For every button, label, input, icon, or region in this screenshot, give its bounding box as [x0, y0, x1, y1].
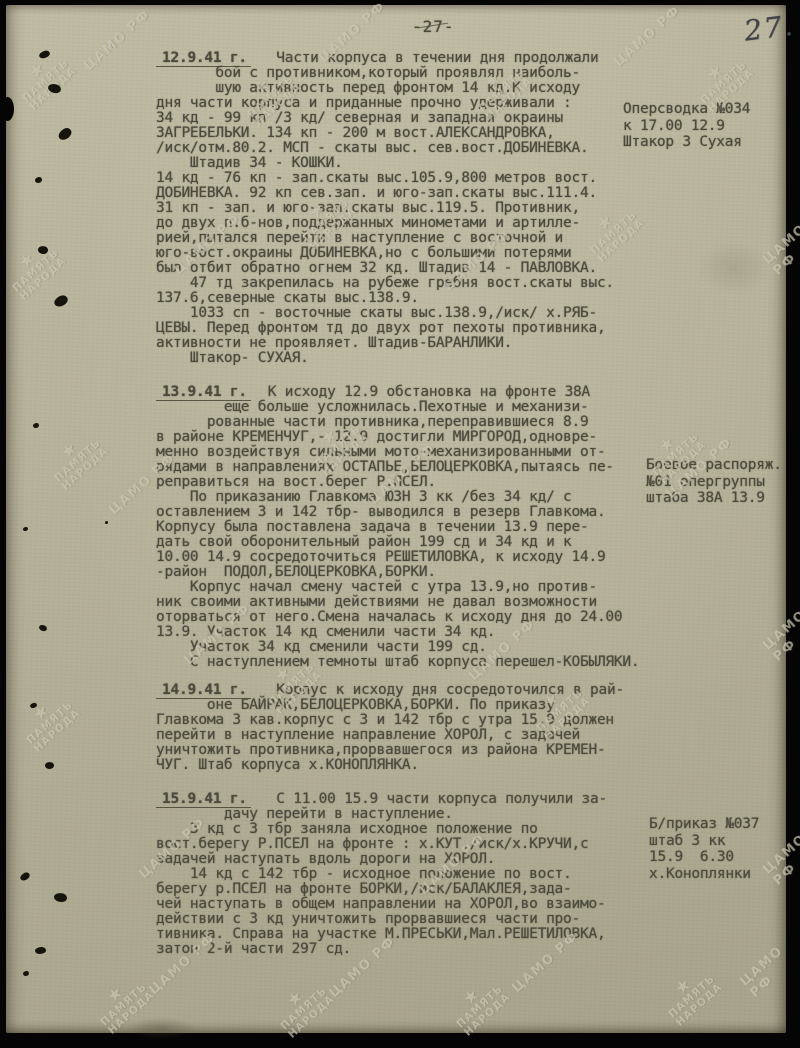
watermark-text: НАРОДА	[32, 708, 83, 755]
camo-rf-watermark: ЦАМО РФ	[761, 221, 800, 278]
typed-line: ЦЕВЫ. Перед фронтом тд до двух рот пехот…	[156, 321, 614, 336]
typed-line: шую активность перед фронтом 14 кд.К исх…	[156, 81, 614, 96]
ink-blot	[44, 761, 54, 769]
entry-first-line: 14.9.41 г. Корпус к исходу дня сосредото…	[156, 683, 624, 698]
ink-blot	[56, 126, 73, 142]
margin-note-line: к 17.00 12.9	[623, 118, 750, 135]
ink-blot	[38, 50, 50, 60]
typed-line: 13.9. Участок 14 кд сменили части 34 кд.	[156, 625, 639, 640]
typed-line: 1033 сп - восточные скаты выс.138.9,/иск…	[156, 306, 614, 321]
camo-rf-watermark: ЦАМО РФ	[738, 943, 797, 1000]
typed-line: бой с противником,который проявлял наибо…	[156, 66, 614, 81]
watermark-text: ПАМЯТЬ	[11, 248, 61, 295]
page-edge-dent	[1, 97, 14, 121]
typed-line: оторваться от него.Смена началась к исхо…	[156, 610, 639, 625]
ink-blot	[19, 871, 31, 882]
document-page: -27- 27. 12.9.41 г. Части корпуса в тече…	[6, 5, 786, 1033]
margin-note-line: Оперсводка №034	[623, 101, 750, 118]
typed-line: Участок 34 кд сменили части 199 сд.	[156, 640, 639, 655]
typed-line: Главкома 3 кав.корпус с 3 и 142 тбр с ут…	[156, 713, 624, 728]
typed-line: 34 кд - 99 кп /3 кд/ северная и западная…	[156, 111, 614, 126]
ink-blot	[47, 82, 62, 95]
ink-blot	[53, 891, 68, 903]
watermark-text: ПАМЯТЬ	[53, 438, 103, 485]
star-icon: ★	[105, 985, 126, 1006]
ink-blot	[35, 177, 42, 183]
margin-note-line: Боевое распоряж.	[646, 457, 782, 474]
ink-blot	[53, 294, 70, 308]
typed-line: Корпусу была поставлена задача в течении…	[156, 520, 639, 535]
margin-note-line: штаба 38А 13.9	[646, 490, 782, 507]
typed-line: 3 кд с 3 тбр заняла исходное положение п…	[156, 822, 607, 837]
typed-line: еще больше усложнилась.Пехотные и механи…	[156, 400, 639, 415]
typed-line: реправиться на вост.берег Р.ПСЕЛ.	[156, 475, 639, 490]
typed-line: Штадив 34 - КОШКИ.	[156, 156, 614, 171]
handwritten-page-number: 27.	[742, 7, 800, 47]
typed-line: перейти в наступление направление ХОРОЛ,…	[156, 728, 624, 743]
typed-line: оставлением 3 и 142 тбр- выводился в рез…	[156, 505, 639, 520]
star-icon: ★	[657, 435, 678, 456]
typed-line: берегу р.ПСЕЛ на фронте БОРКИ,/иск/БАЛАК…	[156, 882, 607, 897]
margin-note-2: Боевое распоряж.№01 опергруппыштаба 38А …	[646, 457, 782, 507]
typed-line: ЗАГРЕБЕЛЬКИ. 134 кп - 200 м вост.АЛЕКСАН…	[156, 126, 614, 141]
typed-line: действии с 3 кд уничтожить прорвавшиеся …	[156, 912, 607, 927]
margin-note-line: №01 опергруппы	[646, 474, 782, 491]
pamyat-naroda-watermark: ★ПАМЯТЬНАРОДА	[657, 962, 725, 1028]
typed-line: дачу перейти в наступление.	[156, 807, 607, 822]
typed-line: ЧУГ. Штаб корпуса х.КОНОПЛЯНКА.	[156, 758, 624, 773]
typed-line: Штакор- СУХАЯ.	[156, 351, 614, 366]
journal-section-15.9.41.: 15.9.41 г. С 11.00 15.9 части корпуса по…	[156, 792, 607, 957]
typed-line: рядами в направлениях ОСТАПЬЕ,БЕЛОЦЕРКОВ…	[156, 460, 639, 475]
watermark-text: НАРОДА	[106, 990, 157, 1037]
typed-line: По приказанию Главкома ЮЗН 3 кк /без 34 …	[156, 490, 639, 505]
watermark-text: ПАМЯТЬ	[455, 984, 505, 1031]
typed-line: 14 кд с 142 тбр - исходное положение по …	[156, 867, 607, 882]
star-icon: ★	[673, 977, 694, 998]
typed-line: 14 кд - 76 кп - зап.скаты выс.105.9,800 …	[156, 171, 614, 186]
ink-blot	[33, 423, 39, 428]
margin-note-line: Б/приказ №037	[649, 816, 759, 833]
typed-line: Корпус начал смену частей с утра 13.9,но…	[156, 580, 639, 595]
ink-blot	[30, 702, 38, 708]
margin-note-line: штаб 3 кк	[649, 833, 759, 850]
typed-line: чей наступать в общем направлении на ХОР…	[156, 897, 607, 912]
journal-section-12.9.41.: 12.9.41 г. Части корпуса в течении дня п…	[156, 51, 614, 366]
watermark-text: НАРОДА	[286, 994, 337, 1041]
typed-line: 10.00 14.9 сосредоточиться РЕШЕТИЛОВКА, …	[156, 550, 639, 565]
typed-line: рией,пытался перейти в наступление с вос…	[156, 231, 614, 246]
star-icon: ★	[59, 441, 80, 462]
typed-line: был отбит обратно огнем 32 кд. Штадив 14…	[156, 261, 614, 276]
typed-line: рованные части противника,переправившиес…	[156, 415, 639, 430]
stain-right	[696, 240, 771, 295]
typed-line: дать свой оборонительный район 199 сд и …	[156, 535, 639, 550]
journal-section-14.9.41.: 14.9.41 г. Корпус к исходу дня сосредото…	[156, 683, 624, 773]
ink-blot	[37, 245, 49, 255]
entry-first-line: 15.9.41 г. С 11.00 15.9 части корпуса по…	[156, 792, 607, 807]
pamyat-naroda-watermark: ★ПАМЯТЬНАРОДА	[269, 974, 337, 1040]
entry-first-line: 13.9.41 г. К исходу 12.9 обстановка на ф…	[156, 385, 639, 400]
typed-line: 31 кп - зап. и юго-зап.скаты выс.119.5. …	[156, 201, 614, 216]
pamyat-naroda-watermark: ★ПАМЯТЬНАРОДА	[1, 236, 69, 302]
typed-line: менно воздействуя сильными мото-механизи…	[156, 445, 639, 460]
typed-line: задачей наступать вдоль дороги на ХОРОЛ.	[156, 852, 607, 867]
watermark-text: НАРОДА	[674, 982, 725, 1029]
pamyat-naroda-watermark: ★ПАМЯТЬНАРОДА	[43, 426, 111, 492]
stain-bottom-left	[126, 1017, 196, 1039]
typed-page-number: -27-	[412, 17, 455, 36]
pamyat-naroda-watermark: ★ПАМЯТЬНАРОДА	[89, 970, 157, 1036]
star-icon: ★	[285, 989, 306, 1010]
margin-note-line: Штакор 3 Сухая	[623, 134, 750, 151]
journal-section-13.9.41.: 13.9.41 г. К исходу 12.9 обстановка на ф…	[156, 385, 639, 670]
typed-line: оне БАЙРАК,БЕЛОЦЕРКОВКА,БОРКИ. По приказ…	[156, 698, 624, 713]
ink-blot	[23, 527, 28, 531]
document-scan: -27- 27. 12.9.41 г. Части корпуса в тече…	[0, 0, 800, 1048]
typed-line: 47 тд закрепилась на рубеже гребня вост.…	[156, 276, 614, 291]
pamyat-naroda-watermark: ★ПАМЯТЬНАРОДА	[445, 972, 513, 1038]
ink-blot	[23, 971, 29, 976]
typed-line: до двух п.б-нов,поддержанных минометами …	[156, 216, 614, 231]
ink-blot	[105, 521, 108, 524]
typed-line: -район ПОДОЛ,БЕЛОЦЕРКОВКА,БОРКИ.	[156, 565, 639, 580]
typed-line: дня части корпуса и приданные прочно уде…	[156, 96, 614, 111]
watermark-text: ПАМЯТЬ	[21, 58, 71, 105]
pamyat-naroda-watermark: ★ПАМЯТЬНАРОДА	[15, 688, 83, 754]
typed-line: юго-вост.окраины ДОБИНЕВКА,но с большими…	[156, 246, 614, 261]
typed-line: С наступлением темноты штаб корпуса пере…	[156, 655, 639, 670]
watermark-text: НАРОДА	[462, 992, 513, 1039]
star-icon: ★	[27, 61, 48, 82]
typed-line: активности не проявляет. Штадив-БАРАНЛИК…	[156, 336, 614, 351]
watermark-text: НАРОДА	[60, 446, 111, 493]
typed-line: 137.6,северные скаты выс.138.9.	[156, 291, 614, 306]
typed-line: ник своими активными действиями не давал…	[156, 595, 639, 610]
ink-blot	[35, 947, 46, 954]
typed-line: вост.берегу Р.ПСЕЛ на фронте : х.КУТ,/ис…	[156, 837, 607, 852]
watermark-text: ПАМЯТЬ	[667, 974, 717, 1021]
typed-line: ДОБИНЕВКА. 92 кп сев.зап. и юго-зап.скат…	[156, 186, 614, 201]
star-icon: ★	[17, 251, 38, 272]
camo-rf-watermark: ЦАМО РФ	[612, 3, 684, 70]
camo-rf-watermark: ЦАМО РФ	[761, 607, 800, 664]
ink-blot	[38, 623, 48, 632]
typed-line: затон 2-й части 297 сд.	[156, 942, 607, 957]
typed-line: тивника. Справа на участке М.ПРЕСЬКИ,Мал…	[156, 927, 607, 942]
watermark-text: ПАМЯТЬ	[279, 986, 329, 1033]
watermark-text: ПАМЯТЬ	[99, 982, 149, 1029]
star-icon: ★	[461, 987, 482, 1008]
camo-rf-watermark: ЦАМО РФ	[82, 7, 154, 74]
camo-rf-watermark: ЦАМО РФ	[761, 831, 800, 888]
typed-line: в районе КРЕМЕНЧУГ,- 12.9 достигли МИРГО…	[156, 430, 639, 445]
typed-line: /иск/отм.80.2. МСП - скаты выс. сев.вост…	[156, 141, 614, 156]
margin-note-3: Б/приказ №037штаб 3 кк15.9 6.30х.Конопля…	[649, 816, 759, 882]
entry-first-line: 12.9.41 г. Части корпуса в течении дня п…	[156, 51, 614, 66]
margin-note-line: х.Коноплянки	[649, 866, 759, 883]
watermark-text: ПАМЯТЬ	[699, 60, 749, 107]
margin-note-line: 15.9 6.30	[649, 849, 759, 866]
typed-line: уничтожить противника,прорвавшегося из р…	[156, 743, 624, 758]
margin-note-1: Оперсводка №034к 17.00 12.9Штакор 3 Суха…	[623, 101, 750, 151]
star-icon: ★	[705, 63, 726, 84]
